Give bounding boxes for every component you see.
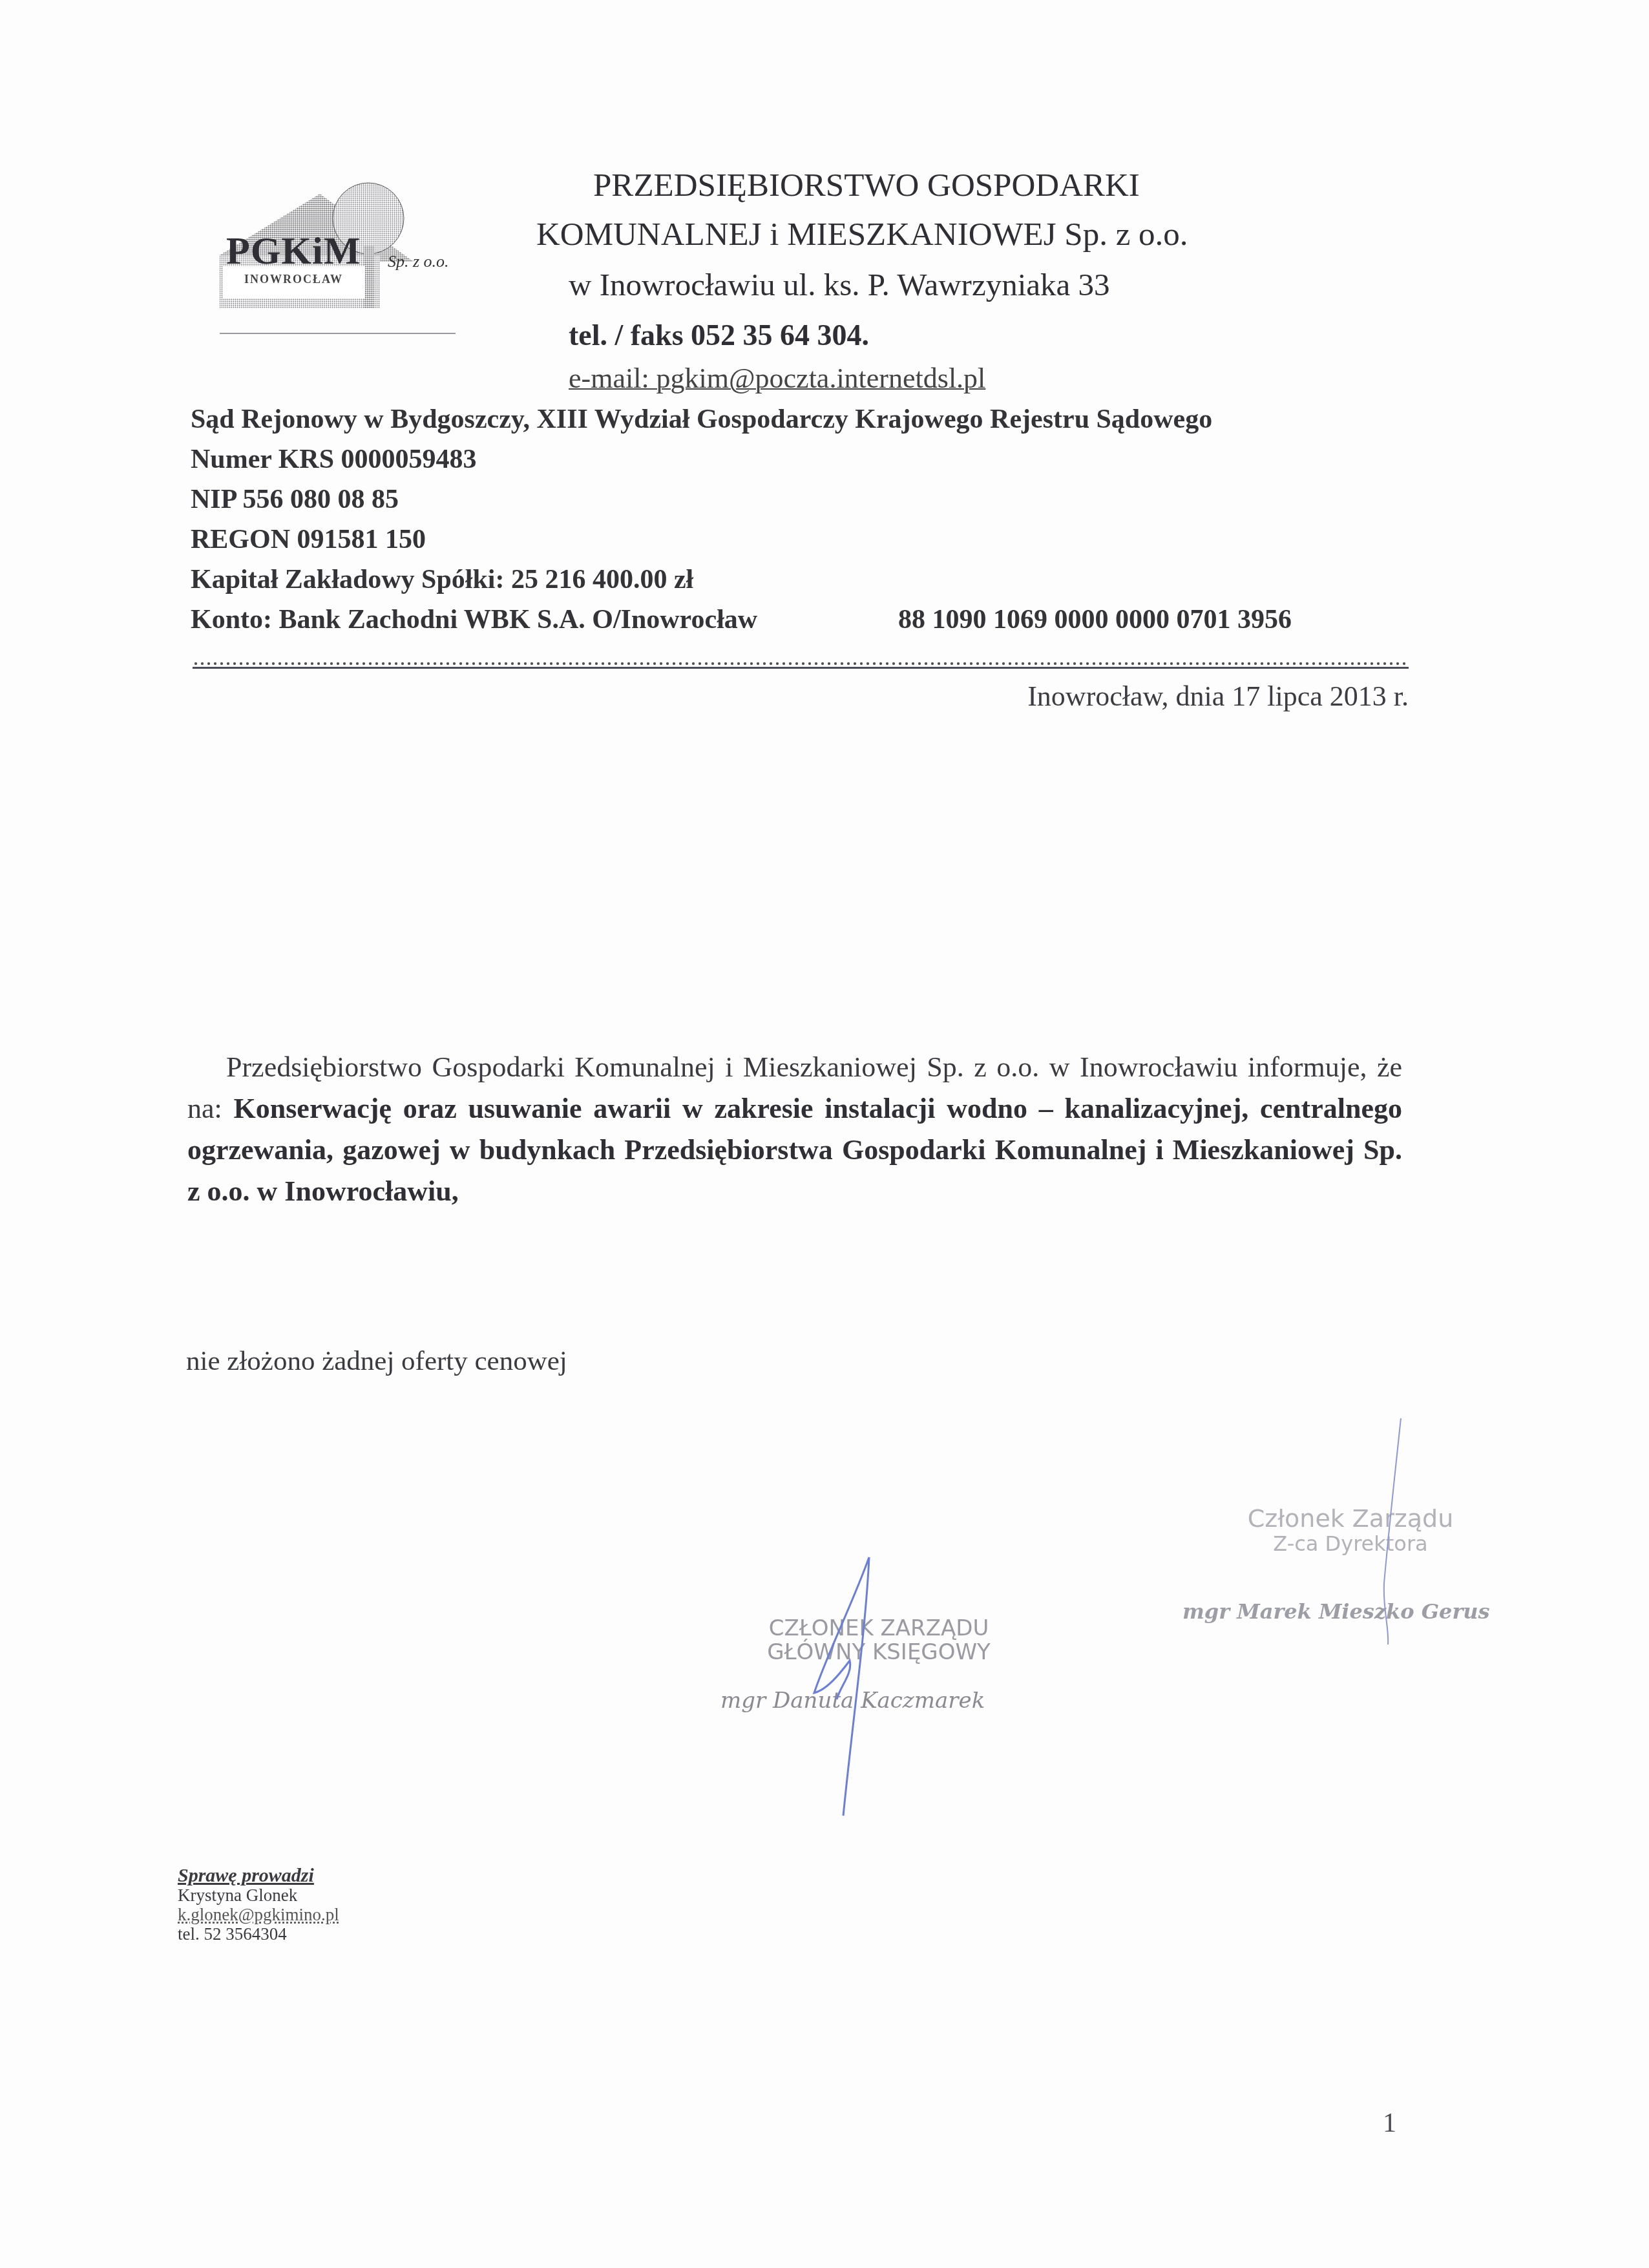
logo-city: INOWROCŁAW	[244, 273, 343, 286]
court-registry: Sąd Rejonowy w Bydgoszczy, XIII Wydział …	[191, 406, 1212, 433]
handled-by-email-link[interactable]: k.glonek@pgkimino.pl	[178, 1905, 339, 1924]
page-number: 1	[1383, 2108, 1396, 2139]
stamp-role-3: Członek Zarządu	[1215, 1506, 1486, 1533]
logo-abbrev: PGKiM	[226, 231, 361, 270]
company-logo: PGKiM INOWROCŁAW Sp. z o.o.	[194, 155, 465, 310]
stamp-role-4: Z-ca Dyrektora	[1215, 1533, 1486, 1555]
handwritten-signature-2-icon	[1370, 1415, 1409, 1648]
handled-by-name: Krystyna Glonek	[178, 1885, 339, 1905]
stamp-deputy-director: Członek Zarządu Z-ca Dyrektora	[1215, 1506, 1486, 1555]
letterhead-phone: tel. / faks 052 35 64 304.	[569, 318, 869, 352]
letterhead-email-link[interactable]: e-mail: pgkim@poczta.internetdsl.pl	[569, 362, 985, 395]
logo-divider	[220, 333, 456, 334]
regon-number: REGON 091581 150	[191, 526, 426, 553]
letterhead-line-1: PRZEDSIĘBIORSTWO GOSPODARKI	[593, 169, 1140, 202]
bank-account-number: 88 1090 1069 0000 0000 0701 3956	[898, 606, 1292, 633]
letter-body: Przedsiębiorstwo Gospodarki Komunalnej i…	[187, 1047, 1402, 1212]
letterhead-line-2: KOMUNALNEJ i MIESZKANIOWEJ Sp. z o.o.	[536, 218, 1188, 251]
header-separator	[193, 662, 1409, 669]
bank-account-label: Konto: Bank Zachodni WBK S.A. O/Inowrocł…	[191, 606, 757, 633]
handled-by-block: Sprawę prowadzi Krystyna Glonek k.glonek…	[178, 1866, 339, 1944]
nip-number: NIP 556 080 08 85	[191, 486, 399, 513]
handled-by-title: Sprawę prowadzi	[178, 1866, 339, 1885]
logo-legal-form: Sp. z o.o.	[388, 252, 449, 271]
body-subject: Konserwację oraz usuwanie awarii w zakre…	[187, 1093, 1402, 1207]
handwritten-signature-1-icon	[801, 1551, 892, 1822]
krs-number: Numer KRS 0000059483	[191, 446, 477, 473]
share-capital: Kapitał Zakładowy Spółki: 25 216 400.00 …	[191, 566, 693, 593]
letterhead-address: w Inowrocławiu ul. ks. P. Wawrzyniaka 33	[569, 269, 1110, 300]
handled-by-phone: tel. 52 3564304	[178, 1924, 339, 1944]
signatory-name-2: mgr Marek Mieszko Gerus	[1182, 1599, 1490, 1624]
statement: nie złożono żadnej oferty cenowej	[186, 1345, 567, 1377]
date-line: Inowrocław, dnia 17 lipca 2013 r.	[1027, 680, 1409, 713]
